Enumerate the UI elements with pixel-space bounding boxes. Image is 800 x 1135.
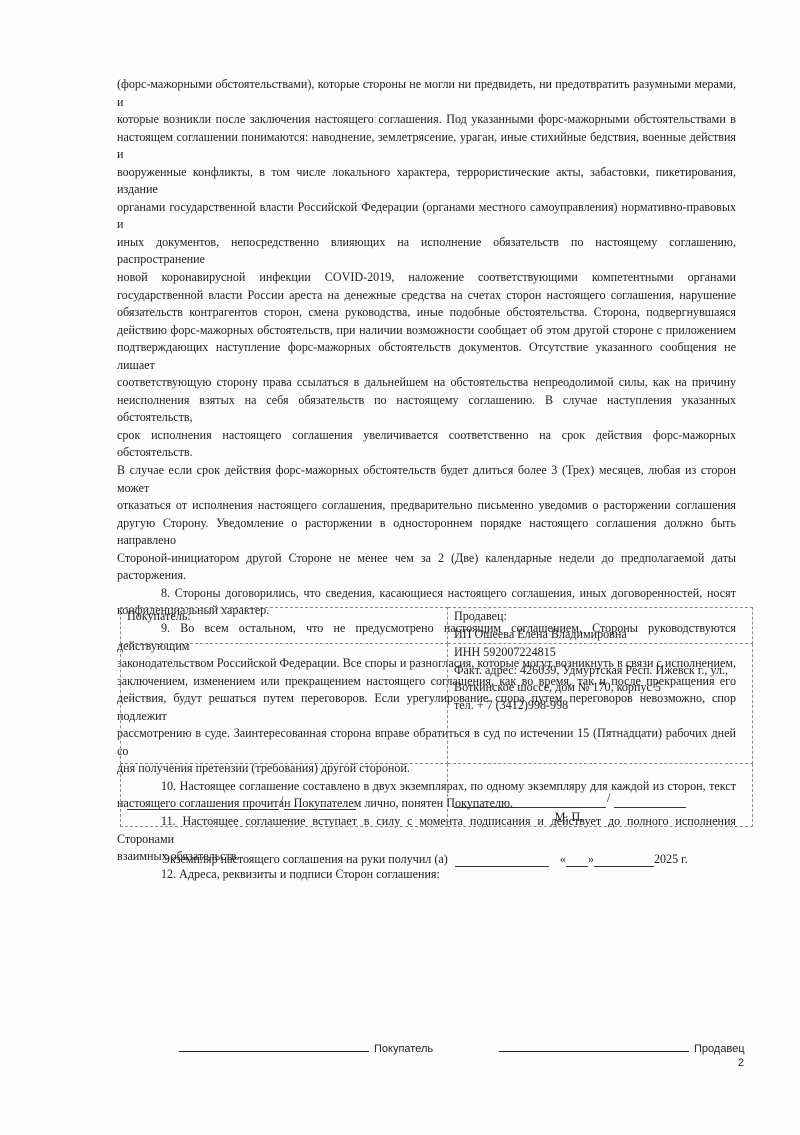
document-page: (форс-мажорными обстоятельствами), котор…: [0, 0, 800, 1135]
text-line: действию форс-мажорных обстоятельств, пр…: [117, 322, 736, 340]
text-line: новой коронавирусной инфекции COVID-2019…: [117, 269, 736, 287]
text-line: соответствующую сторону права ссылаться …: [117, 374, 736, 392]
footer-seller-signature: Продавец: [499, 1040, 745, 1055]
seller-signature-line[interactable]: [454, 794, 606, 808]
footer-buyer-line[interactable]: [179, 1040, 369, 1052]
buyer-name-line[interactable]: [284, 796, 356, 810]
seller-label: Продавец:: [454, 608, 746, 626]
copy-received-line: Экземпляр настоящего соглашения на руки …: [162, 852, 688, 867]
text-line: настоящем соглашении понимаются: наводне…: [117, 129, 736, 164]
text-line: другую Сторону. Уведомление о расторжени…: [117, 515, 736, 550]
footer-buyer-signature: Покупатель: [179, 1040, 433, 1055]
buyer-label: Покупатель:: [127, 609, 191, 623]
text-line: иных документов, непосредственно влияющи…: [117, 234, 736, 269]
text-line: 8. Стороны договорились, что сведения, к…: [117, 585, 736, 603]
seller-signature-cell: / М. П.: [448, 764, 753, 827]
text-line: которые возникли после заключения настоя…: [117, 111, 736, 129]
day-field[interactable]: [566, 855, 588, 867]
received-signature-line[interactable]: [455, 855, 549, 867]
page-number: 2: [738, 1057, 744, 1069]
text-line: неисполнения взятых на себя обязательств…: [117, 392, 736, 427]
copy-received-text: Экземпляр настоящего соглашения на руки …: [162, 852, 448, 866]
footer-seller-label: Продавец: [694, 1043, 745, 1055]
seller-phone: тел. + 7 (3412)998-998: [454, 697, 746, 715]
month-field[interactable]: [594, 855, 654, 867]
seller-header-cell: Продавец: ИП Ошеева Елена Владимировна: [448, 608, 753, 644]
slash-separator: /: [606, 791, 611, 805]
paragraph: 12. Адреса, реквизиты и подписи Сторон с…: [117, 866, 736, 884]
text-line: государственной власти России ареста на …: [117, 287, 736, 305]
paragraph: (форс-мажорными обстоятельствами), котор…: [117, 76, 736, 585]
seller-address-line2: Воткинское шоссе, дом № 170, корпус 5: [454, 679, 746, 697]
seller-address-line1: Факт. адрес: 426039, Удмуртская Респ. Иж…: [454, 662, 746, 680]
text-line: Стороной-инициатором другой Стороне не м…: [117, 550, 736, 568]
text-line: обязательств контрагентов сторон, смена …: [117, 304, 736, 322]
text-line: срок исполнения настоящего соглашения ув…: [117, 427, 736, 462]
text-line: подтверждающих наступление форс-мажорных…: [117, 339, 736, 374]
stamp-label: М. П.: [454, 809, 684, 827]
text-line: органами государственной власти Российск…: [117, 199, 736, 234]
seller-name-line[interactable]: [614, 794, 686, 808]
seller-inn: ИНН 592007224815: [454, 644, 746, 662]
text-line: расторжения.: [117, 567, 736, 585]
text-line: 12. Адреса, реквизиты и подписи Сторон с…: [117, 866, 736, 884]
text-line: вооруженные конфликты, в том числе локал…: [117, 164, 736, 199]
text-line: В случае если срок действия форс-мажорны…: [117, 462, 736, 497]
seller-details-cell: ИНН 592007224815 Факт. адрес: 426039, Уд…: [448, 644, 753, 764]
buyer-signature-cell: /: [121, 764, 448, 827]
buyer-signature-line[interactable]: [127, 796, 279, 810]
footer-buyer-label: Покупатель: [374, 1043, 433, 1055]
text-line: (форс-мажорными обстоятельствами), котор…: [117, 76, 736, 111]
text-line: отказаться от исполнения настоящего согл…: [117, 497, 736, 515]
buyer-header-cell: Покупатель:: [121, 608, 448, 644]
footer-seller-line[interactable]: [499, 1040, 689, 1052]
signature-table: Покупатель: Продавец: ИП Ошеева Елена Вл…: [120, 607, 753, 827]
seller-name: ИП Ошеева Елена Владимировна: [454, 626, 746, 644]
year-suffix: 2025 г.: [654, 852, 688, 866]
buyer-details-cell[interactable]: [121, 644, 448, 764]
